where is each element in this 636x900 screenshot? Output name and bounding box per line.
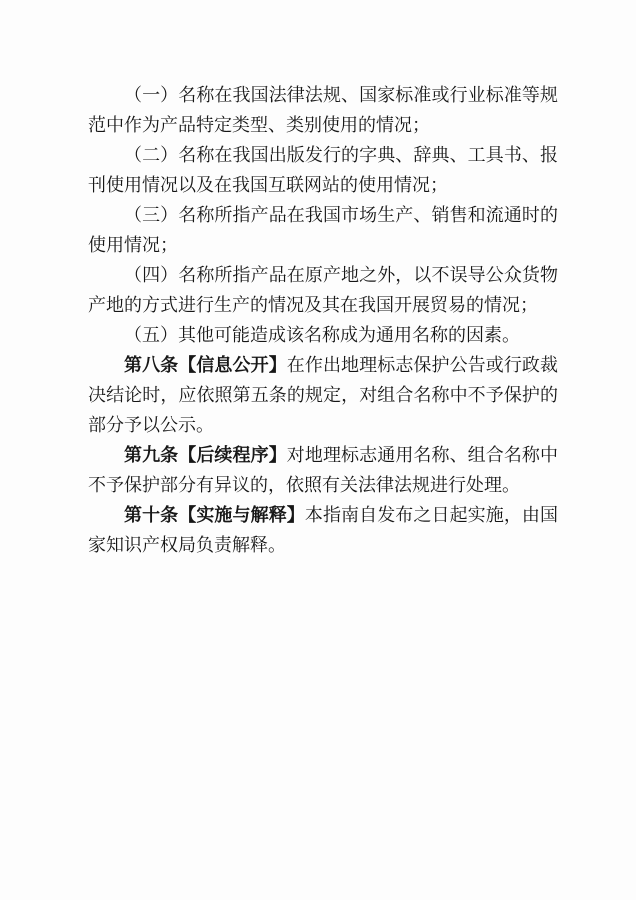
paragraph-item-2: （二）名称在我国出版发行的字典、辞典、工具书、报刊使用情况以及在我国互联网站的使… <box>88 140 558 200</box>
paragraph-text: （四）名称所指产品在原产地之外，以不误导公众货物产地的方式进行生产的情况及其在我… <box>88 265 558 315</box>
document-page: （一）名称在我国法律法规、国家标准或行业标准等规范中作为产品特定类型、类别使用的… <box>0 0 636 900</box>
paragraph-text: （一）名称在我国法律法规、国家标准或行业标准等规范中作为产品特定类型、类别使用的… <box>88 85 558 135</box>
paragraph-item-6: 第八条【信息公开】在作出地理标志保护公告或行政裁决结论时，应依照第五条的规定，对… <box>88 350 558 440</box>
paragraph-text: （二）名称在我国出版发行的字典、辞典、工具书、报刊使用情况以及在我国互联网站的使… <box>88 145 558 195</box>
article-label: 第八条【信息公开】 <box>124 355 287 375</box>
paragraph-text: （三）名称所指产品在我国市场生产、销售和流通时的使用情况； <box>88 205 558 255</box>
paragraph-item-8: 第十条【实施与解释】本指南自发布之日起实施，由国家知识产权局负责解释。 <box>88 500 558 560</box>
article-label: 第九条【后续程序】 <box>124 445 287 465</box>
paragraph-text: （五）其他可能造成该名称成为通用名称的因素。 <box>124 325 520 345</box>
paragraph-item-7: 第九条【后续程序】对地理标志通用名称、组合名称中不予保护部分有异议的，依照有关法… <box>88 440 558 500</box>
paragraph-item-3: （三）名称所指产品在我国市场生产、销售和流通时的使用情况； <box>88 200 558 260</box>
article-label: 第十条【实施与解释】 <box>124 505 305 525</box>
paragraph-item-5: （五）其他可能造成该名称成为通用名称的因素。 <box>88 320 558 350</box>
paragraph-item-1: （一）名称在我国法律法规、国家标准或行业标准等规范中作为产品特定类型、类别使用的… <box>88 80 558 140</box>
paragraph-item-4: （四）名称所指产品在原产地之外，以不误导公众货物产地的方式进行生产的情况及其在我… <box>88 260 558 320</box>
